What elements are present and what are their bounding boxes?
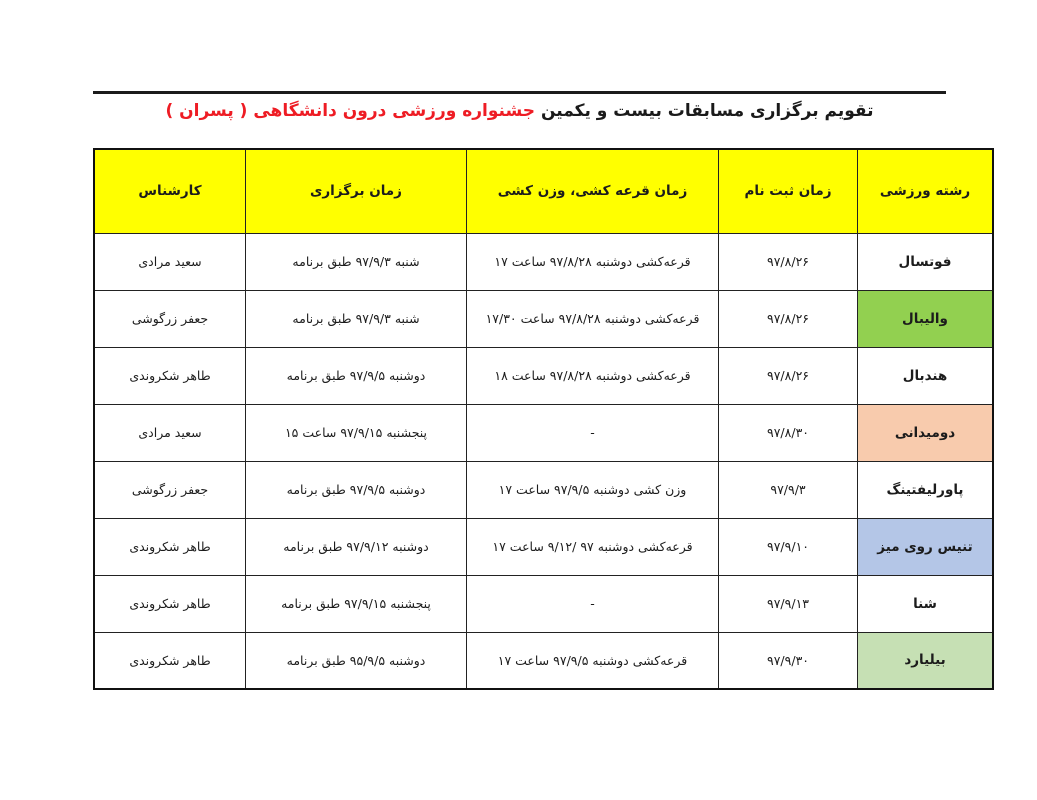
table-header: رشته ورزشی زمان ثبت نام زمان قرعه کشی، و… xyxy=(94,149,993,233)
registration-date-cell: ۹۷/۹/۱۳ xyxy=(719,575,858,632)
table-row: بیلیارد ۹۷/۹/۳۰ قرعه‌کشی دوشنبه ۹۷/۹/۵ س… xyxy=(94,632,993,689)
holding-time-cell: دوشنبه ۹۵/۹/۵ طبق برنامه xyxy=(246,632,467,689)
sport-name-cell: تنیس روی میز xyxy=(858,518,994,575)
sport-name-cell: فوتسال xyxy=(858,233,994,290)
expert-name-cell: طاهر شکروندی xyxy=(94,632,246,689)
header-sport-field: رشته ورزشی xyxy=(858,149,994,233)
table-body: فوتسال ۹۷/۸/۲۶ قرعه‌کشی دوشنبه ۹۷/۸/۲۸ س… xyxy=(94,233,993,689)
sport-name-cell: هندبال xyxy=(858,347,994,404)
draw-weighin-cell: قرعه‌کشی دوشنبه ۹۷/۸/۲۸ ساعت ۱۷/۳۰ xyxy=(467,290,719,347)
sport-name-cell: دومیدانی xyxy=(858,404,994,461)
holding-time-cell: دوشنبه ۹۷/۹/۵ طبق برنامه xyxy=(246,347,467,404)
sport-name-cell: والیبال xyxy=(858,290,994,347)
title-highlight-text: جشنواره ورزشی درون دانشگاهی ( پسران ) xyxy=(165,101,535,121)
table-row: تنیس روی میز ۹۷/۹/۱۰ قرعه‌کشی دوشنبه ۹۷ … xyxy=(94,518,993,575)
expert-name-cell: سعید مرادی xyxy=(94,233,246,290)
draw-weighin-cell: قرعه‌کشی دوشنبه ۹۷ /۹/۱۲ ساعت ۱۷ xyxy=(467,518,719,575)
sport-name-cell: بیلیارد xyxy=(858,632,994,689)
table-row: دومیدانی ۹۷/۸/۳۰ - پنجشنبه ۹۷/۹/۱۵ ساعت … xyxy=(94,404,993,461)
expert-name-cell: طاهر شکروندی xyxy=(94,518,246,575)
header-holding-time: زمان برگزاری xyxy=(246,149,467,233)
expert-name-cell: جعفر زرگوشی xyxy=(94,290,246,347)
table-row: هندبال ۹۷/۸/۲۶ قرعه‌کشی دوشنبه ۹۷/۸/۲۸ س… xyxy=(94,347,993,404)
page-title: تقویم برگزاری مسابقات بیست و یکمین جشنوا… xyxy=(93,101,946,121)
registration-date-cell: ۹۷/۸/۳۰ xyxy=(719,404,858,461)
holding-time-cell: دوشنبه ۹۷/۹/۵ طبق برنامه xyxy=(246,461,467,518)
holding-time-cell: دوشنبه ۹۷/۹/۱۲ طبق برنامه xyxy=(246,518,467,575)
draw-weighin-cell: قرعه‌کشی دوشنبه ۹۷/۹/۵ ساعت ۱۷ xyxy=(467,632,719,689)
title-main-text: تقویم برگزاری مسابقات بیست و یکمین xyxy=(541,101,874,121)
registration-date-cell: ۹۷/۹/۳۰ xyxy=(719,632,858,689)
holding-time-cell: پنجشنبه ۹۷/۹/۱۵ ساعت ۱۵ xyxy=(246,404,467,461)
registration-date-cell: ۹۷/۸/۲۶ xyxy=(719,290,858,347)
schedule-table: رشته ورزشی زمان ثبت نام زمان قرعه کشی، و… xyxy=(93,148,994,690)
registration-date-cell: ۹۷/۸/۲۶ xyxy=(719,233,858,290)
draw-weighin-cell: - xyxy=(467,575,719,632)
sport-name-cell: پاورلیفتینگ xyxy=(858,461,994,518)
holding-time-cell: شنبه ۹۷/۹/۳ طبق برنامه xyxy=(246,233,467,290)
expert-name-cell: جعفر زرگوشی xyxy=(94,461,246,518)
table-row: پاورلیفتینگ ۹۷/۹/۳ وزن کشی دوشنبه ۹۷/۹/۵… xyxy=(94,461,993,518)
expert-name-cell: طاهر شکروندی xyxy=(94,575,246,632)
header-expert: کارشناس xyxy=(94,149,246,233)
expert-name-cell: سعید مرادی xyxy=(94,404,246,461)
holding-time-cell: پنجشنبه ۹۷/۹/۱۵ طبق برنامه xyxy=(246,575,467,632)
table-row: فوتسال ۹۷/۸/۲۶ قرعه‌کشی دوشنبه ۹۷/۸/۲۸ س… xyxy=(94,233,993,290)
draw-weighin-cell: قرعه‌کشی دوشنبه ۹۷/۸/۲۸ ساعت ۱۷ xyxy=(467,233,719,290)
registration-date-cell: ۹۷/۹/۳ xyxy=(719,461,858,518)
sport-name-cell: شنا xyxy=(858,575,994,632)
table-row: والیبال ۹۷/۸/۲۶ قرعه‌کشی دوشنبه ۹۷/۸/۲۸ … xyxy=(94,290,993,347)
draw-weighin-cell: وزن کشی دوشنبه ۹۷/۹/۵ ساعت ۱۷ xyxy=(467,461,719,518)
header-registration-time: زمان ثبت نام xyxy=(719,149,858,233)
registration-date-cell: ۹۷/۸/۲۶ xyxy=(719,347,858,404)
page: تقویم برگزاری مسابقات بیست و یکمین جشنوا… xyxy=(0,0,1037,800)
table-row: شنا ۹۷/۹/۱۳ - پنجشنبه ۹۷/۹/۱۵ طبق برنامه… xyxy=(94,575,993,632)
draw-weighin-cell: قرعه‌کشی دوشنبه ۹۷/۸/۲۸ ساعت ۱۸ xyxy=(467,347,719,404)
header-draw-weighin-time: زمان قرعه کشی، وزن کشی xyxy=(467,149,719,233)
title-divider-line xyxy=(93,91,946,94)
expert-name-cell: طاهر شکروندی xyxy=(94,347,246,404)
draw-weighin-cell: - xyxy=(467,404,719,461)
registration-date-cell: ۹۷/۹/۱۰ xyxy=(719,518,858,575)
header-row: رشته ورزشی زمان ثبت نام زمان قرعه کشی، و… xyxy=(94,149,993,233)
holding-time-cell: شنبه ۹۷/۹/۳ طبق برنامه xyxy=(246,290,467,347)
